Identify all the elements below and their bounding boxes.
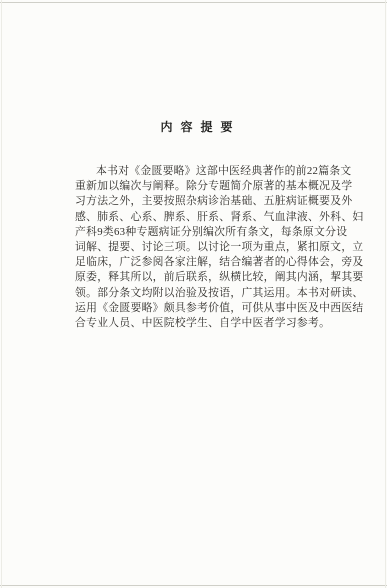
- paragraph-line: 足临床，广泛参阅各家注解，结合编著者的心得体会，旁及: [75, 255, 320, 270]
- page-title: 内容提要: [14, 120, 387, 134]
- paragraph-line: 重新加以编次与阐释。除分专题简介原著的基本概况及学: [75, 179, 320, 194]
- paragraph-line: 词解、提要、讨论三项。以讨论一项为重点，紧扣原文，立: [75, 240, 320, 255]
- book-page: 内容提要 本书对《金匮要略》这部中医经典著作的前22篇条文 重新加以编次与阐释。…: [0, 0, 387, 588]
- paragraph-line: 习方法之外，主要按照杂病诊治基础、五脏病证概要及外: [75, 194, 320, 209]
- paragraph-line: 领。部分条文均附以治验及按语，广其运用。本书对研读、: [75, 286, 320, 301]
- summary-paragraph: 本书对《金匮要略》这部中医经典著作的前22篇条文 重新加以编次与阐释。除分专题简…: [75, 164, 320, 331]
- paragraph-line: 原委，释其所以，前后联系，纵横比较，阐其内涵，挈其要: [75, 270, 320, 285]
- paragraph-line: 产科9类63种专题病证分别编次所有条文，每条原文分设: [75, 225, 320, 240]
- page-left-edge: [1, 0, 2, 588]
- page-top-edge: [0, 2, 387, 3]
- paragraph-line: 合专业人员、中医院校学生、自学中医者学习参考。: [75, 316, 320, 331]
- page-right-edge: [385, 0, 386, 588]
- paragraph-line: 运用《金匮要略》颇具参考价值，可供从事中医及中西医结: [75, 301, 320, 316]
- paragraph-line: 感、肺系、心系、脾系、肝系、肾系、气血津液、外科、妇: [75, 210, 320, 225]
- paragraph-line: 本书对《金匮要略》这部中医经典著作的前22篇条文: [75, 164, 320, 179]
- page-bottom-edge: [0, 585, 387, 586]
